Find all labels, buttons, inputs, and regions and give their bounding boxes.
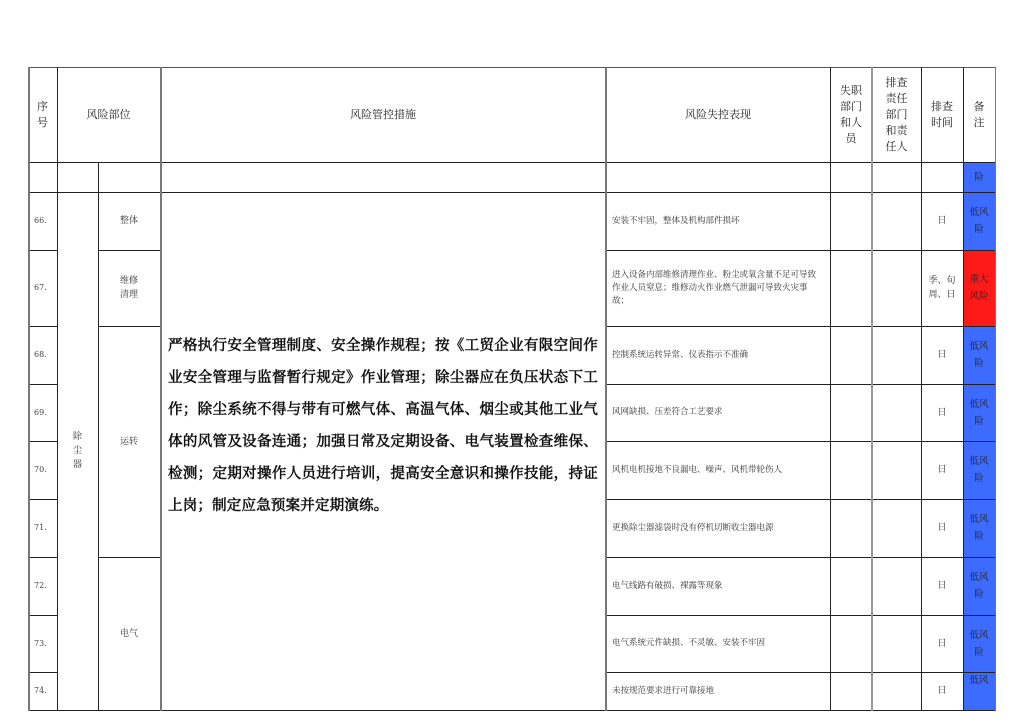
row-divider xyxy=(98,250,160,251)
remark-partial-risk: 险 xyxy=(963,162,995,192)
row-divider xyxy=(606,441,996,442)
header-symptoms: 风险失控表现 xyxy=(606,68,830,162)
table-border-left xyxy=(28,67,30,711)
table-border-bottom xyxy=(28,710,996,711)
row-divider xyxy=(606,499,996,500)
row-symptom: 安装不牢固，整体及机构部件损坏 xyxy=(606,192,830,250)
col-divider xyxy=(963,67,964,711)
row-divider xyxy=(28,672,57,673)
row-check-time: 日 xyxy=(921,672,963,710)
row-divider xyxy=(28,557,57,558)
col-divider xyxy=(160,67,162,711)
row-seq: 70. xyxy=(28,441,57,499)
row-risk-badge: 低风险 xyxy=(963,557,995,615)
row-seq: 67. xyxy=(28,250,57,326)
row-divider xyxy=(606,672,996,673)
row-divider xyxy=(606,557,996,558)
row-check-time: 日 xyxy=(921,192,963,250)
row-seq: 68. xyxy=(28,326,57,384)
row-divider xyxy=(98,557,160,558)
header-location: 风险部位 xyxy=(57,68,160,162)
row-divider xyxy=(606,384,996,385)
row-divider xyxy=(28,441,57,442)
row-seq: 73. xyxy=(28,615,57,672)
header-remark: 备注 xyxy=(963,68,995,162)
row-divider xyxy=(98,326,160,327)
row-divider xyxy=(28,192,996,193)
row-check-time: 日 xyxy=(921,557,963,615)
row-symptom: 未按规范要求进行可靠接地 xyxy=(606,672,830,710)
row-risk-badge: 低风险 xyxy=(963,441,995,499)
subpart-electrical: 电气 xyxy=(98,557,160,710)
header-seq: 序号 xyxy=(28,68,57,162)
row-seq: 69. xyxy=(28,384,57,441)
row-divider xyxy=(28,250,57,251)
risk-control-table-page: 序号 风险部位 风险管控措施 风险失控表现 失职部门和人员 排查责任部门和责任人… xyxy=(0,0,1024,724)
row-check-time: 日 xyxy=(921,499,963,557)
row-divider xyxy=(28,384,57,385)
row-symptom: 进入设备内部维修清理作业、粉尘或氧含量不足可导致作业人员窒息；维修动火作业燃气泄… xyxy=(606,250,830,326)
row-divider xyxy=(28,499,57,500)
col-divider xyxy=(871,67,873,711)
header-measures: 风险管控措施 xyxy=(160,68,606,162)
col-divider xyxy=(605,67,607,711)
group-name-cell: 除尘器 xyxy=(57,192,98,710)
row-divider xyxy=(606,326,996,327)
row-symptom: 风网缺损、压差符合工艺要求 xyxy=(606,384,830,441)
table-border-top xyxy=(28,67,996,68)
row-check-time: 日 xyxy=(921,326,963,384)
row-check-time: 日 xyxy=(921,441,963,499)
header-check-dept: 排查责任部门和责任人 xyxy=(872,68,921,162)
row-symptom: 风机电机接地不良漏电、噪声、风机带轮伤人 xyxy=(606,441,830,499)
header-dept-failure: 失职部门和人员 xyxy=(830,68,872,162)
subpart-operation: 运转 xyxy=(98,326,160,557)
row-divider xyxy=(28,615,57,616)
row-seq: 71. xyxy=(28,499,57,557)
row-symptom: 电气线路有破损、裸露等现象 xyxy=(606,557,830,615)
row-seq: 72. xyxy=(28,557,57,615)
row-check-time: 季、旬周、日 xyxy=(921,250,963,326)
row-risk-badge: 低风险 xyxy=(963,615,995,672)
row-seq: 66. xyxy=(28,192,57,250)
row-risk-badge: 低风险 xyxy=(963,384,995,441)
row-seq: 74. xyxy=(28,672,57,710)
col-divider xyxy=(921,67,922,711)
col-divider xyxy=(57,67,58,711)
row-symptom: 更换除尘器滤袋时没有停机切断收尘器电源 xyxy=(606,499,830,557)
row-symptom: 电气系统元件缺损、不灵敏、安装不牢固 xyxy=(606,615,830,672)
row-risk-badge: 低风险 xyxy=(963,192,995,250)
table-border-right xyxy=(995,67,996,711)
subpart-maintenance: 维修清理 xyxy=(98,250,160,326)
col-divider xyxy=(98,162,99,711)
row-risk-badge: 重大风险 xyxy=(963,250,995,326)
row-divider xyxy=(606,615,996,616)
header-divider xyxy=(28,162,996,163)
row-risk-badge: 低风险 xyxy=(963,326,995,384)
row-divider xyxy=(606,250,996,251)
subpart-overall: 整体 xyxy=(98,192,160,250)
row-risk-badge: 低风险 xyxy=(963,499,995,557)
control-measures-text: 严格执行安全管理制度、安全操作规程；按《工贸企业有限空间作业安全管理与监督暂行规… xyxy=(160,326,606,586)
header-check-time: 排查时间 xyxy=(921,68,963,162)
row-symptom: 控制系统运转异常、仪表指示不准确 xyxy=(606,326,830,384)
row-check-time: 日 xyxy=(921,615,963,672)
row-risk-badge: 低风 xyxy=(963,672,995,710)
col-divider xyxy=(830,67,831,711)
row-divider xyxy=(28,326,57,327)
row-check-time: 日 xyxy=(921,384,963,441)
